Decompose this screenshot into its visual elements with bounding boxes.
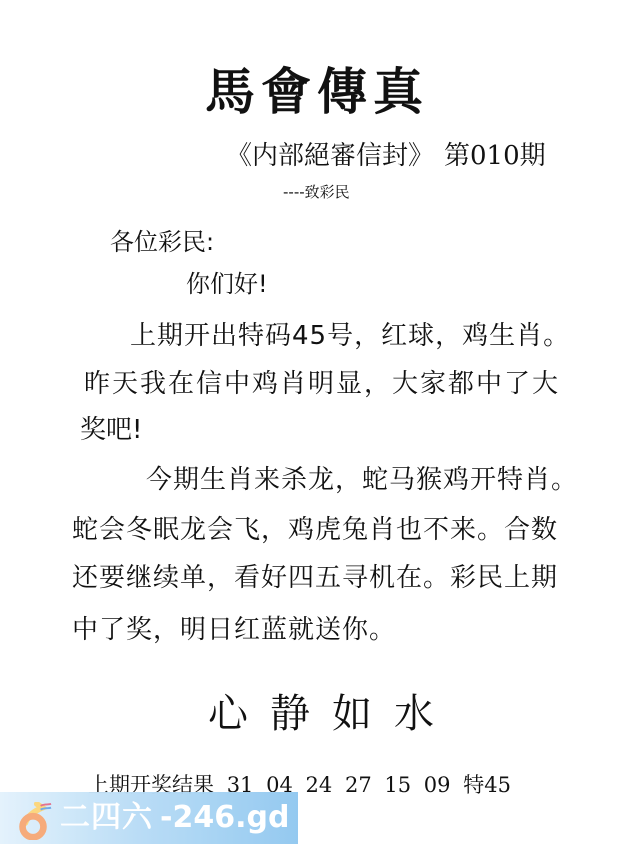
- result-number: 15: [384, 773, 411, 797]
- six-logo-icon: [14, 802, 52, 840]
- result-number: 27: [345, 773, 372, 797]
- issue-number: 第010期: [444, 141, 546, 171]
- subtitle-line: 《内部絕審信封》第010期: [226, 138, 546, 174]
- watermark-chinese: 二四六: [60, 798, 153, 838]
- paragraph-2-line-3: 还要继续单，看好四五寻机在。彩民上期: [72, 556, 558, 600]
- dedication: ----致彩民: [283, 180, 350, 204]
- special-number: 特45: [463, 773, 511, 797]
- result-number: 09: [424, 773, 451, 797]
- paragraph-1-line-2: 昨天我在信中鸡肖明显，大家都中了大: [84, 362, 560, 406]
- result-number: 24: [306, 773, 333, 797]
- paragraph-2-line-2: 蛇会冬眠龙会飞，鸡虎兔肖也不来。合数: [72, 508, 558, 552]
- paragraph-1-line-3: 奖吧!: [80, 408, 142, 452]
- paragraph-1-line-1: 上期开出特码45号，红球，鸡生肖。: [130, 314, 570, 358]
- watermark-domain: -246.gd: [160, 798, 289, 838]
- paragraph-2-line-1: 今期生肖来杀龙，蛇马猴鸡开特肖。: [146, 458, 578, 502]
- hello-line: 你们好!: [186, 266, 268, 302]
- document-title: 馬會傳真: [205, 62, 465, 122]
- subtitle-bracket: 《内部絕審信封》: [226, 141, 434, 171]
- paragraph-2-line-4: 中了奖，明日红蓝就送你。: [72, 608, 396, 652]
- watermark-banner: 二四六 -246.gd: [0, 792, 298, 844]
- motto: 心静如水: [208, 686, 456, 742]
- greeting: 各位彩民:: [110, 224, 214, 260]
